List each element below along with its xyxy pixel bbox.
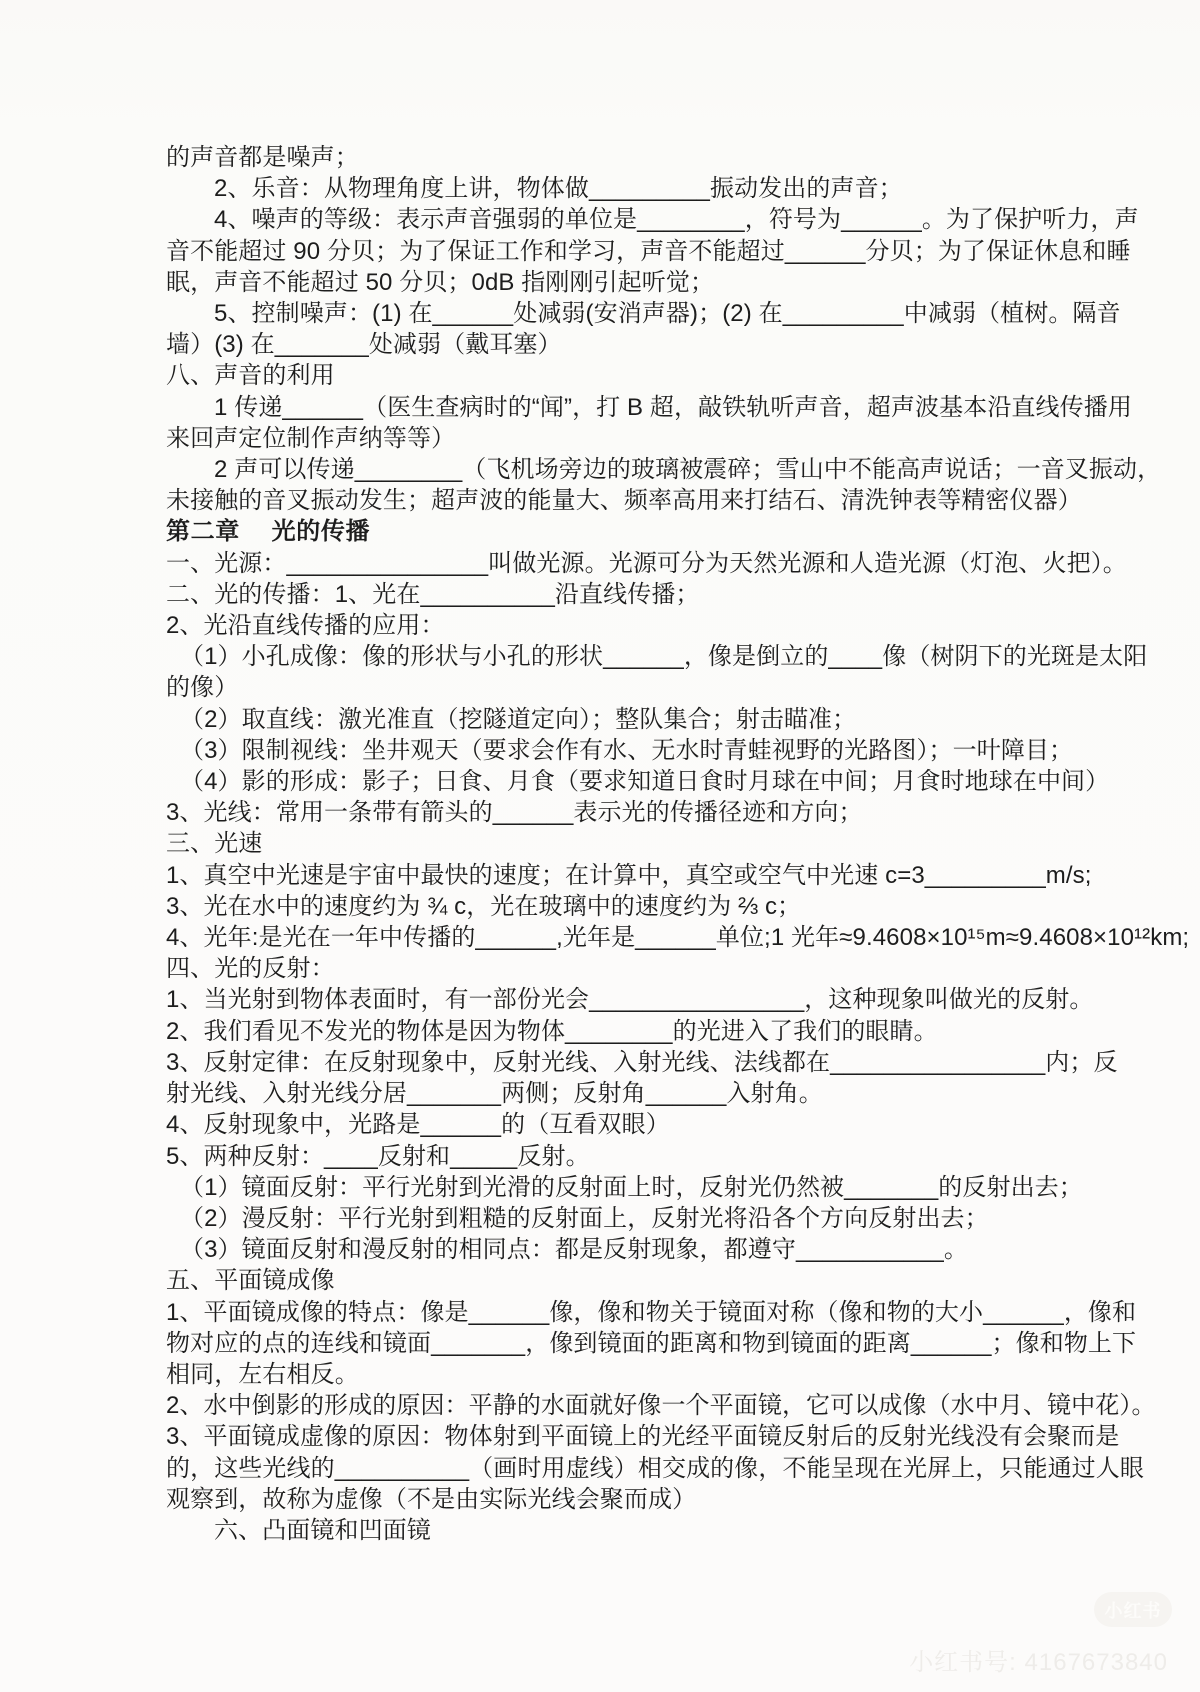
doc-line: 物对应的点的连线和镜面_______，像到镜面的距离和物到镜面的距离______… [166, 1328, 1066, 1359]
doc-line: 1 传递______（医生查病时的“闻”，打 B 超，敲铁轨听声音，超声波基本沿… [166, 392, 1066, 423]
doc-line: 4、光年:是光在一年中传播的______,光年是______单位;1 光年≈9.… [166, 922, 1066, 953]
doc-line: 5、两种反射：____反射和_____反射。 [166, 1141, 1066, 1172]
scanned-worksheet-page: 的声音都是噪声；2、乐音：从物理角度上讲，物体做_________振动发出的声音… [0, 0, 1200, 1692]
doc-line: 音不能超过 90 分贝；为了保证工作和学习，声音不能超过______分贝；为了保… [166, 236, 1066, 267]
doc-line: 的，这些光线的__________（画时用虚线）相交成的像，不能呈现在光屏上，只… [166, 1453, 1066, 1484]
doc-line: 一、光源：_______________叫做光源。光源可分为天然光源和人造光源（… [166, 548, 1066, 579]
doc-line: 墙）(3) 在_______处减弱（戴耳塞） [166, 329, 1066, 360]
doc-line: 三、光速 [166, 828, 1066, 859]
doc-line: 六、凸面镜和凹面镜 [166, 1515, 1066, 1546]
doc-line: 射光线、入射光线分居_______两侧；反射角______入射角。 [166, 1078, 1066, 1109]
doc-line: 3、平面镜成虚像的原因：物体射到平面镜上的光经平面镜反射后的反射光线没有会聚而是 [166, 1421, 1066, 1452]
doc-line: （2）取直线：激光准直（挖隧道定向）；整队集合；射击瞄准； [166, 704, 1066, 735]
doc-line: 四、光的反射： [166, 953, 1066, 984]
doc-line: 相同，左右相反。 [166, 1359, 1066, 1390]
doc-line: （4）影的形成：影子；日食、月食（要求知道日食时月球在中间；月食时地球在中间） [166, 766, 1066, 797]
doc-line: 五、平面镜成像 [166, 1265, 1066, 1296]
xiaohongshu-logo-text: 小红书 [1105, 1597, 1162, 1623]
xiaohongshu-watermark-badge: 小红书 [1094, 1592, 1172, 1627]
doc-line: 的声音都是噪声； [166, 142, 1066, 173]
xiaohongshu-account-id: 小红书号: 4167673840 [909, 1642, 1168, 1677]
doc-line: 4、噪声的等级：表示声音强弱的单位是________，符号为______。为了保… [166, 204, 1066, 235]
doc-line: 4、反射现象中，光路是______的（互看双眼） [166, 1109, 1066, 1140]
doc-line: （3）限制视线：坐井观天（要求会作有水、无水时青蛙视野的光路图）；一叶障目； [166, 735, 1066, 766]
doc-line: 眠，声音不能超过 50 分贝；0dB 指刚刚引起听觉； [166, 267, 1066, 298]
doc-line: 2、水中倒影的形成的原因：平静的水面就好像一个平面镜，它可以成像（水中月、镜中花… [166, 1390, 1066, 1421]
chapter-heading: 第二章 光的传播 [166, 516, 1066, 547]
doc-line: （2）漫反射：平行光射到粗糙的反射面上，反射光将沿各个方向反射出去； [166, 1203, 1066, 1234]
doc-line: 2、乐音：从物理角度上讲，物体做_________振动发出的声音； [166, 173, 1066, 204]
document-content: 的声音都是噪声；2、乐音：从物理角度上讲，物体做_________振动发出的声音… [166, 142, 1066, 1546]
doc-line: 1、真空中光速是宇宙中最快的速度；在计算中，真空或空气中光速 c=3______… [166, 860, 1066, 891]
doc-line: 的像） [166, 672, 1066, 703]
doc-line: 3、光在水中的速度约为 ¾ c，光在玻璃中的速度约为 ⅔ c； [166, 891, 1066, 922]
doc-line: （1）小孔成像：像的形状与小孔的形状______，像是倒立的____像（树阴下的… [166, 641, 1066, 672]
doc-line: 2、光沿直线传播的应用： [166, 610, 1066, 641]
doc-line: 1、当光射到物体表面时，有一部份光会________________，这种现象叫… [166, 984, 1066, 1015]
doc-line: 2 声可以传递________（飞机场旁边的玻璃被震碎；雪山中不能高声说话；一音… [166, 454, 1066, 485]
doc-line: 3、反射定律：在反射现象中，反射光线、入射光线、法线都在____________… [166, 1047, 1066, 1078]
doc-line: 来回声定位制作声纳等等） [166, 423, 1066, 454]
doc-line: 二、光的传播：1、光在__________沿直线传播； [166, 579, 1066, 610]
doc-line: 3、光线：常用一条带有箭头的______表示光的传播径迹和方向； [166, 797, 1066, 828]
doc-line: （3）镜面反射和漫反射的相同点：都是反射现象，都遵守___________。 [166, 1234, 1066, 1265]
doc-line: 1、平面镜成像的特点：像是______像，像和物关于镜面对称（像和物的大小___… [166, 1297, 1066, 1328]
doc-line: 2、我们看见不发光的物体是因为物体________的光进入了我们的眼睛。 [166, 1016, 1066, 1047]
doc-line: 观察到，故称为虚像（不是由实际光线会聚而成） [166, 1484, 1066, 1515]
doc-line: 5、控制噪声：(1) 在______处减弱(安消声器)；(2) 在_______… [166, 298, 1066, 329]
doc-line: （1）镜面反射：平行光射到光滑的反射面上时，反射光仍然被_______的反射出去… [166, 1172, 1066, 1203]
doc-line: 未接触的音叉振动发生；超声波的能量大、频率高用来打结石、清洗钟表等精密仪器） [166, 485, 1066, 516]
doc-line: 八、声音的利用 [166, 360, 1066, 391]
